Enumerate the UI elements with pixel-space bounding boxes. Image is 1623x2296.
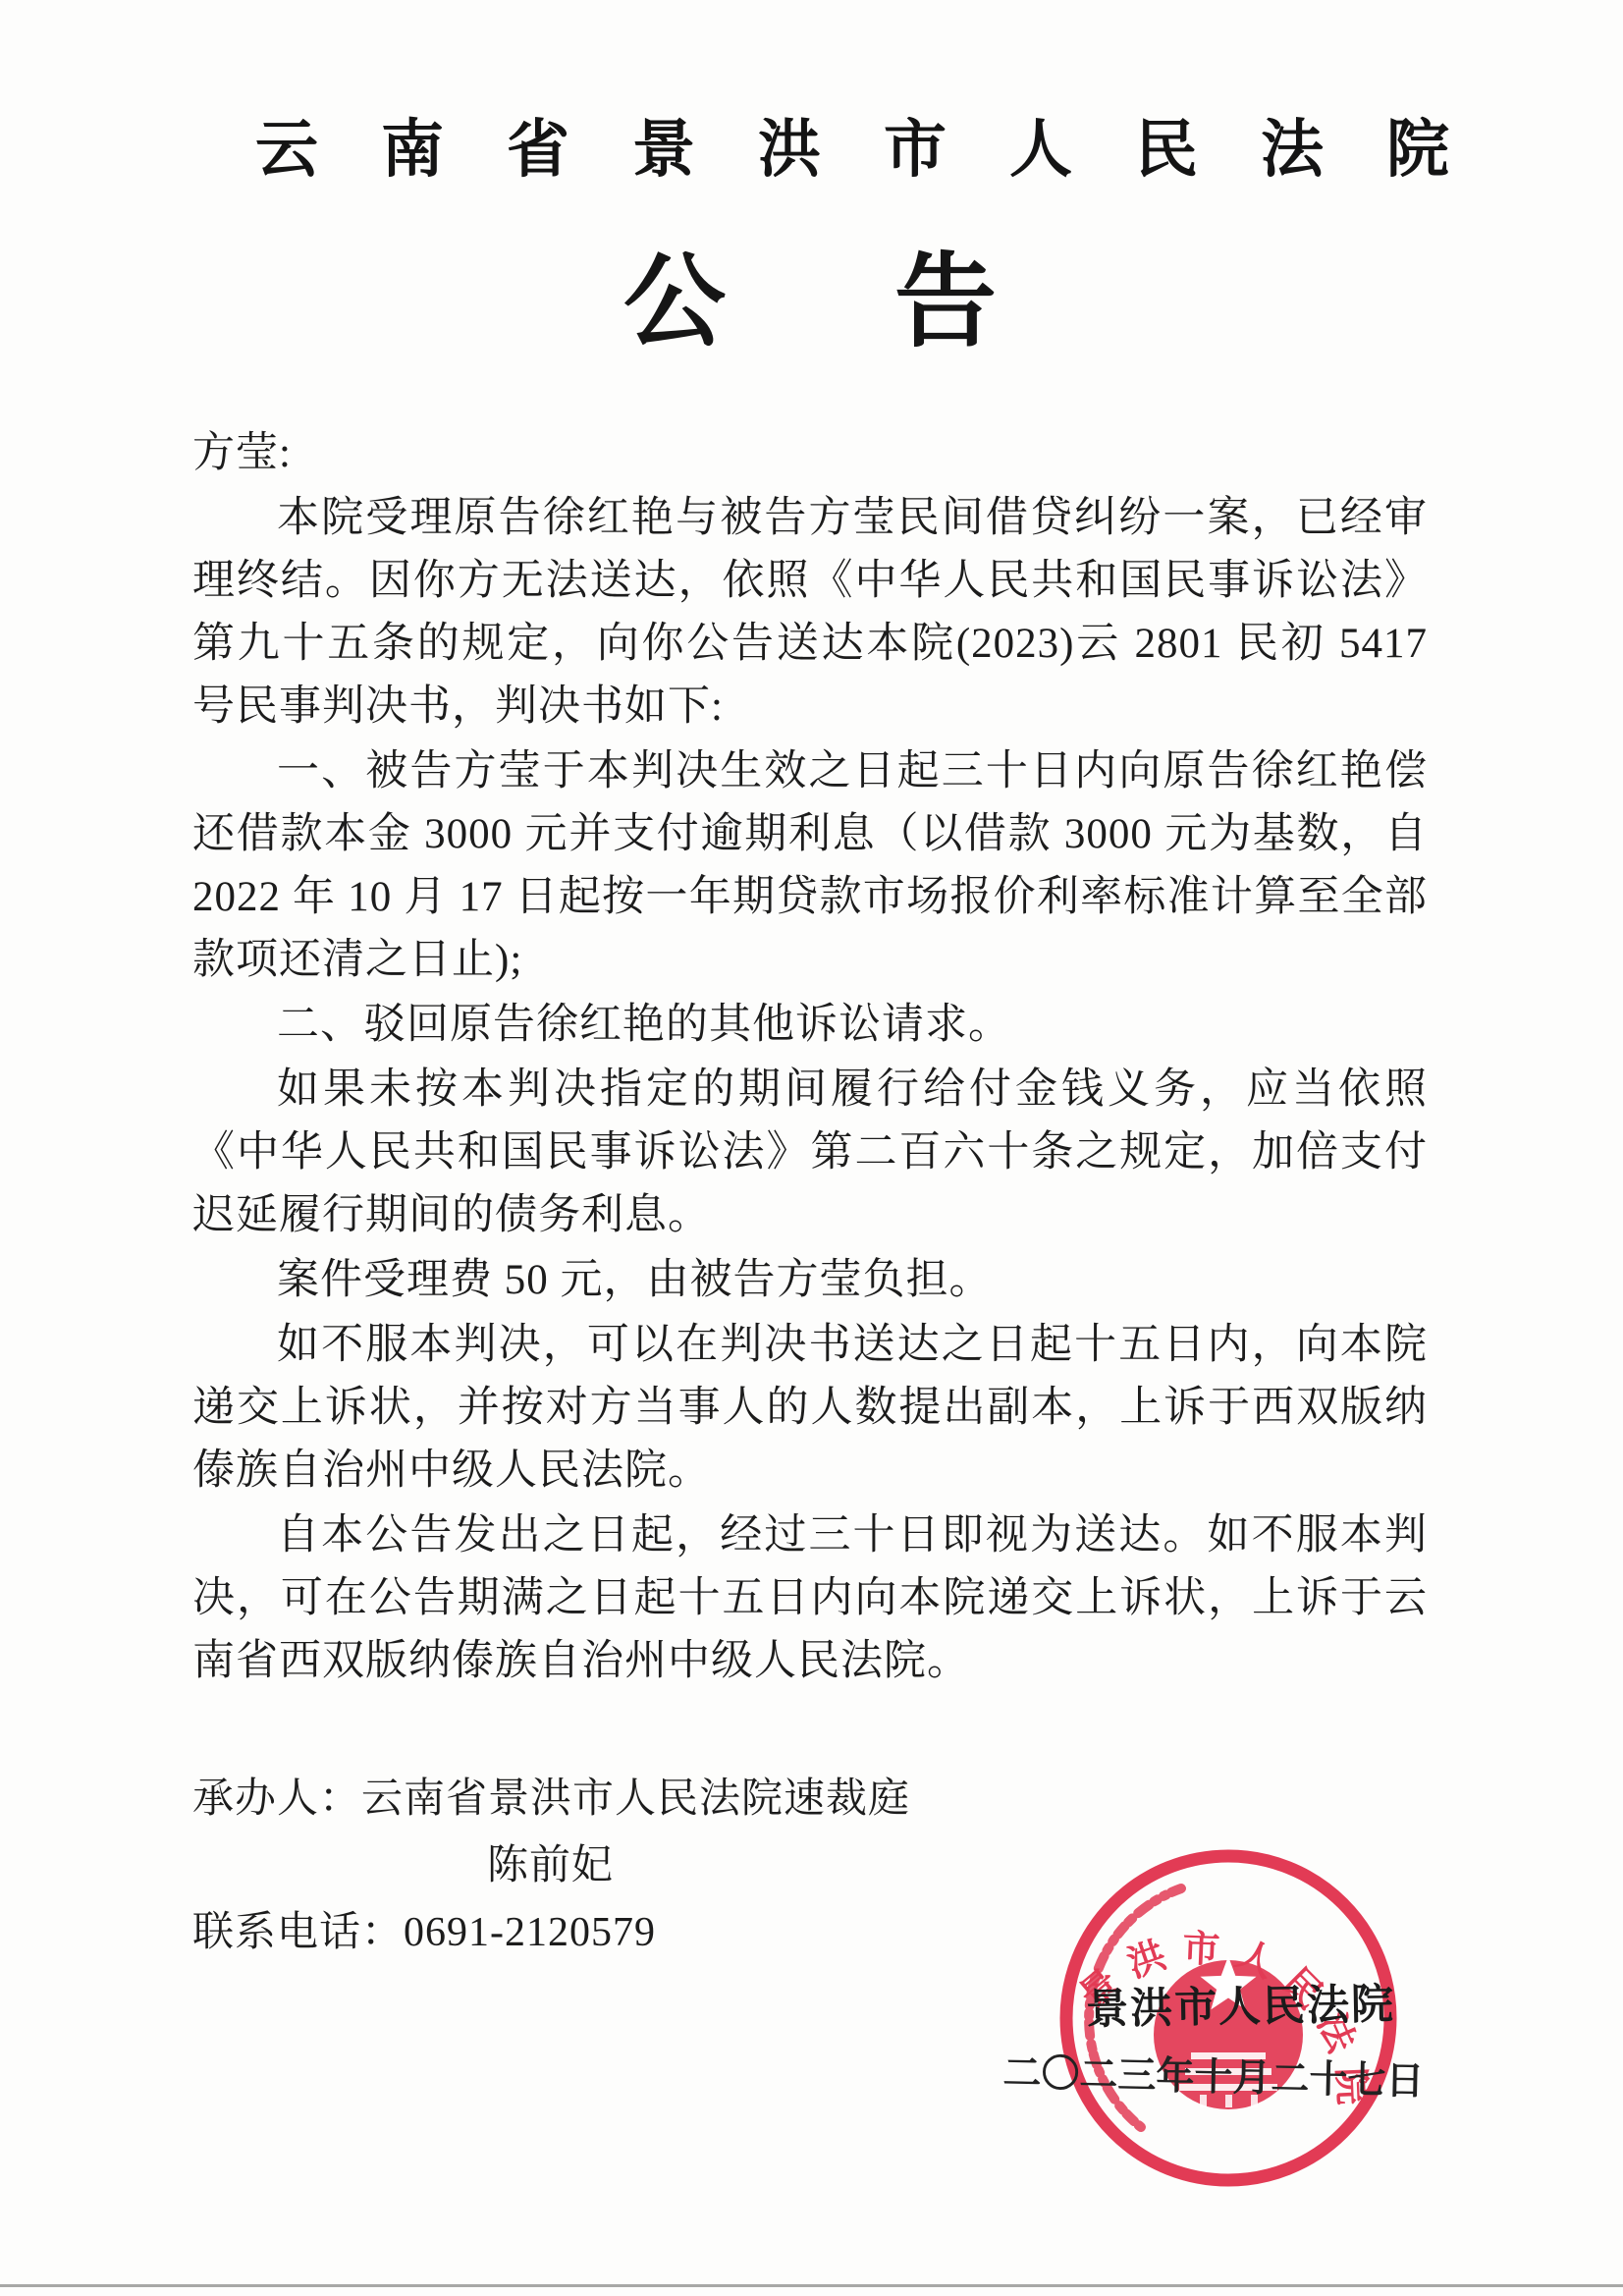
paragraph-appeal-instructions: 如不服本判决，可以在判决书送达之日起十五日内，向本院递交上诉状，并按对方当事人的… bbox=[192, 1314, 1428, 1503]
announcement-body: 方莹: 本院受理原告徐红艳与被告方莹民间借贷纠纷一案，已经审理终结。因你方无法送… bbox=[192, 422, 1428, 1693]
paragraph-judgment-item-1: 一、被告方莹于本判决生效之日起三十日内向原告徐红艳偿还借款本金 3000 元并支… bbox=[192, 740, 1428, 992]
court-name-title: 云南省景洪市人民法院 bbox=[192, 116, 1428, 185]
scanned-court-announcement-page: 云南省景洪市人民法院 公告 方莹: 本院受理原告徐红艳与被告方莹民间借贷纠纷一案… bbox=[0, 0, 1623, 2296]
paragraph-case-fee: 案件受理费 50 元，由被告方莹负担。 bbox=[192, 1249, 1428, 1312]
paragraph-service-period: 自本公告发出之日起，经过三十日即视为送达。如不服本判决，可在公告期满之日起十五日… bbox=[192, 1504, 1428, 1693]
paragraph-judgment-item-2: 二、驳回原告徐红艳的其他诉讼请求。 bbox=[192, 994, 1428, 1057]
seal-overlay-date: 二〇二三年十月二十七日 bbox=[997, 2042, 1430, 2105]
paragraph-case-intro: 本院受理原告徐红艳与被告方莹民间借贷纠纷一案，已经审理终结。因你方无法送达，依照… bbox=[192, 487, 1428, 738]
document-content: 云南省景洪市人民法院 公告 方莹: 本院受理原告徐红艳与被告方莹民间借贷纠纷一案… bbox=[192, 0, 1428, 1966]
paragraph-late-payment-clause: 如果未按本判决指定的期间履行给付金钱义务，应当依照《中华人民共和国民事诉讼法》第… bbox=[192, 1059, 1428, 1247]
undertaker-line: 承办人：云南省景洪市人民法院速裁庭 bbox=[192, 1766, 1428, 1832]
recipient-name: 方莹: bbox=[192, 422, 1428, 485]
scan-edge-artifact bbox=[0, 2284, 1623, 2287]
doc-type-title: 公告 bbox=[192, 249, 1428, 356]
seal-overlay-court-name: 景洪市人民法院 bbox=[1085, 1971, 1380, 2036]
